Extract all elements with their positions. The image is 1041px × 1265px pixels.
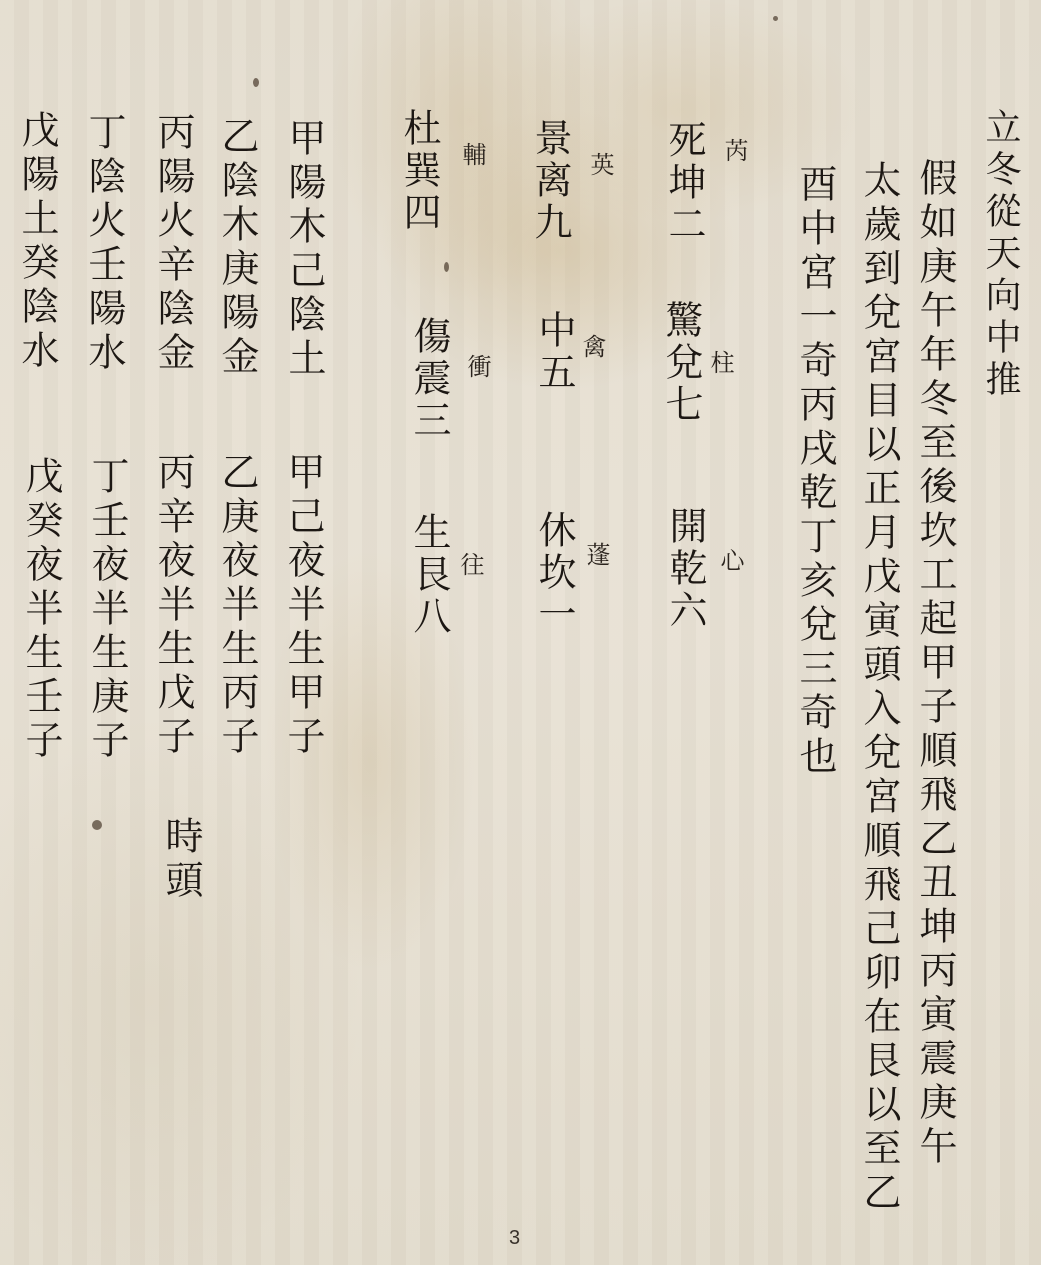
intro-line-2: 太歲到兌宮目以正月戊寅頭入兌宮順飛己卯在艮以至乙 [860, 160, 898, 1216]
hour-stem-yi-geng: 乙庚夜半生丙子 [218, 452, 256, 760]
palace-dui-7: 驚兌七 [662, 300, 700, 426]
page-number: 3 [509, 1227, 520, 1250]
hour-stem-ding-ren: 丁壬夜半生庚子 [88, 456, 126, 764]
ink-speck [773, 16, 778, 21]
palace-gen-8: 生艮八 [410, 512, 448, 638]
stem-element-yi: 乙陰木庚陽金 [218, 116, 256, 380]
hour-stem-jia-ji: 甲己夜半生甲子 [284, 452, 322, 760]
palace-qian-6: 開乾六 [666, 506, 704, 632]
stem-element-bing: 丙陽火辛陰金 [154, 112, 192, 376]
intro-line-3: 酉中宮一奇丙戌乾丁亥兌三奇也 [796, 164, 834, 780]
star-rui: 芮 [722, 138, 746, 168]
star-zhu: 柱 [708, 350, 732, 380]
hour-stems-heading: 時頭 [162, 816, 200, 904]
palace-center-5: 中五 [535, 310, 573, 394]
hour-stem-bing-xin: 丙辛夜半生戊子 [154, 452, 192, 760]
star-peng: 蓬 [584, 542, 608, 572]
section-heading: 立冬從天向中推 [982, 108, 1018, 402]
star-chong: 衝 [465, 354, 489, 384]
star-ying: 英 [588, 152, 612, 182]
ink-speck [253, 78, 259, 87]
palace-kan-1: 休坎一 [535, 510, 573, 636]
stem-element-jia: 甲陽木己陰土 [285, 118, 323, 382]
palace-kun-2: 死坤二 [665, 120, 703, 246]
palace-zhen-3: 傷震三 [410, 316, 448, 442]
palace-xun-4: 杜巽四 [400, 108, 438, 234]
ink-speck [444, 262, 449, 272]
star-xin: 心 [718, 548, 742, 578]
star-ren: 往 [458, 552, 482, 582]
stem-element-ding: 丁陰火壬陽水 [85, 112, 123, 376]
intro-line-1: 假如庚午年冬至後坎工起甲子順飛乙丑坤丙寅震庚午 [916, 158, 954, 1170]
star-qin: 禽 [580, 334, 604, 364]
ink-speck [92, 820, 102, 830]
palace-li-9: 景离九 [531, 118, 569, 244]
hour-stem-wu-gui: 戊癸夜半生壬子 [22, 456, 60, 764]
stem-element-wu: 戊陽土癸陰水 [18, 110, 56, 374]
star-fu: 輔 [460, 142, 484, 172]
